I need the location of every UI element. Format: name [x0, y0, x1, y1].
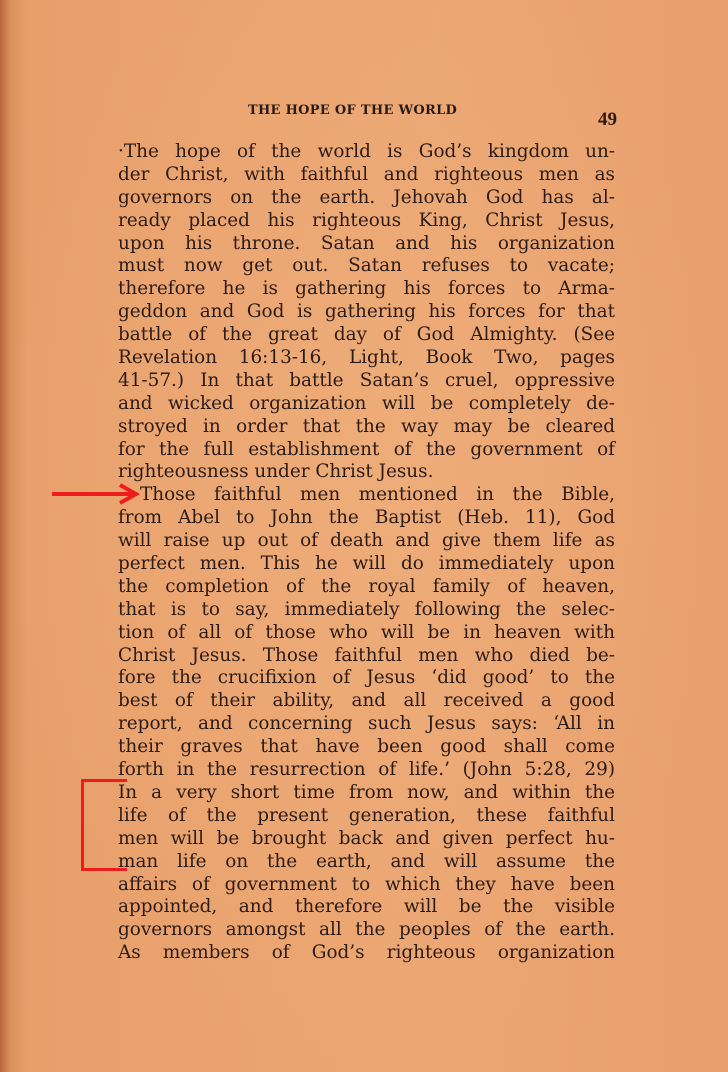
text-line: therefore he is gathering his forces to …: [118, 278, 615, 301]
text-line: appointed, and therefore will be the vis…: [118, 896, 615, 919]
text-line: upon his throne. Satan and his organizat…: [118, 233, 615, 256]
red-bracket-annotation: [81, 779, 127, 871]
text-line: best of their ability, and all received …: [118, 690, 615, 713]
text-line: the completion of the royal family of he…: [118, 576, 615, 599]
text-line: from Abel to John the Baptist (Heb. 11),…: [118, 507, 615, 530]
text-line: der Christ, with faithful and righteous …: [118, 164, 615, 187]
text-line: will raise up out of death and give them…: [118, 530, 615, 553]
highlighted-paragraph-start: Those faithful men mentioned in the Bibl…: [118, 484, 615, 507]
text-line: affairs of government to which they have…: [118, 874, 615, 897]
text-line: forth in the resurrection of life.’ (Joh…: [118, 759, 615, 782]
bracketed-text-line: men will be brought back and given perfe…: [118, 828, 615, 851]
text-line: report, and concerning such Jesus says: …: [118, 713, 615, 736]
text-line: tion of all of those who will be in heav…: [118, 622, 615, 645]
bracketed-text-line: In a very short time from now, and withi…: [118, 782, 615, 805]
text-line: ready placed his righteous King, Christ …: [118, 210, 615, 233]
text-line: their graves that have been good shall c…: [118, 736, 615, 759]
text-line: must now get out. Satan refuses to vacat…: [118, 255, 615, 278]
text-line: for the full establishment of the govern…: [118, 439, 615, 462]
text-line: 41-57.) In that battle Satan’s cruel, op…: [118, 370, 615, 393]
bracketed-text-line: life of the present generation, these fa…: [118, 805, 615, 828]
text-line: governors amongst all the peoples of the…: [118, 919, 615, 942]
text-line: As members of God’s righteous organizati…: [118, 942, 615, 965]
text-line: fore the crucifixion of Jesus ‘did good’…: [118, 667, 615, 690]
bracketed-text-line: man life on the earth, and will assume t…: [118, 851, 615, 874]
text-line: perfect men. This he will do immediately…: [118, 553, 615, 576]
page-number: 49: [598, 109, 617, 131]
body-text: ·The hope of the world is God’s kingdom …: [118, 141, 615, 965]
text-line: Christ Jesus. Those faithful men who die…: [118, 645, 615, 668]
book-page: THE HOPE OF THE WORLD 49 ·The hope of th…: [0, 0, 728, 1072]
text-line: geddon and God is gathering his forces f…: [118, 301, 615, 324]
text-line: Revelation 16:13-16, Light, Book Two, pa…: [118, 347, 615, 370]
text-line: stroyed in order that the way may be cle…: [118, 416, 615, 439]
text-line: righteousness under Christ Jesus.: [118, 461, 615, 484]
running-title: THE HOPE OF THE WORLD: [248, 103, 457, 118]
text-line: governors on the earth. Jehovah God has …: [118, 187, 615, 210]
text-line: that is to say, immediately following th…: [118, 599, 615, 622]
text-line: and wicked organization will be complete…: [118, 393, 615, 416]
text-line: battle of the great day of God Almighty.…: [118, 324, 615, 347]
red-arrow-icon: [52, 483, 142, 505]
text-line: ·The hope of the world is God’s kingdom …: [118, 141, 615, 164]
